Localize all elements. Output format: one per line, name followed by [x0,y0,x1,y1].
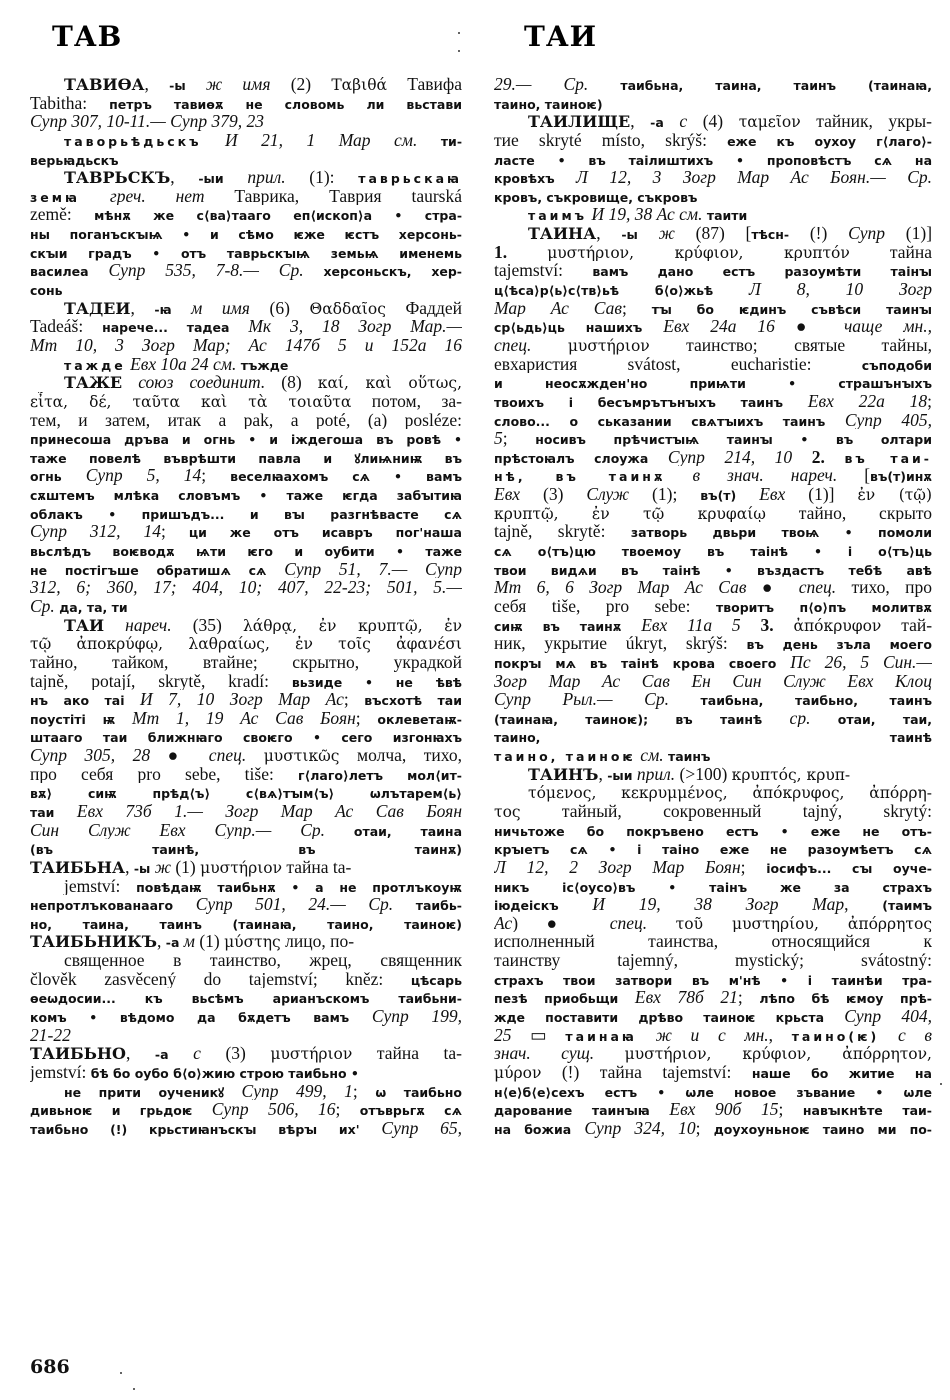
text-line: непротлъкованааго Супр 501, 24.— Ср. таи… [30,895,462,914]
text-line: знач. сущ. μυστήριον, κρύφιον, ἀπόρρητον… [494,1044,932,1063]
text-line: 1. μυστήριον, κρύφιον, κρυπτόν тайна [494,243,932,262]
text-line: таино, таинѣ [494,727,932,746]
text-line: кровѣхъ Л 12, 3 Зогр Мар Ас Боян.— Ср. [494,168,932,187]
text-line: принесоша дръва и огнь • и іждегоша въ р… [30,429,462,448]
text-line: нѣ, въ таинѫ в знач. нареч. [въ(т)инѫ [494,466,932,485]
text-line: тие skryté místo, skrýš: еже къ оухоу г⟨… [494,131,932,150]
text-line: не постігъше обратишѧ сѧ Супр 51, 7.— Су… [30,560,462,579]
text-line: ТАДЕИ, -ꙗ м имя (6) Θαδδαῖος Фаддей [30,299,462,318]
text-line: ТАВИѲА, -ы ж имя (2) Ταβιθά Тавифа [30,75,462,94]
scan-speck [120,1372,122,1374]
text-line: ц⟨ѣса⟩р⟨ь⟩с⟨тв⟩ьѣ б⟨о⟩жьѣ Л 8, 10 Зогр [494,280,932,299]
text-line: Супр Рыл.— Ср. таибьна, таибьно, таинъ [494,690,932,709]
text-line: ТАИНЪ, -ыи прил. (>100) κρυπτός, κρυπ- [494,765,932,784]
text-line: таже повелѣ въврѣшти павла и ꙋлиѩниѭ въ [30,448,462,467]
text-line: Л 12, 2 Зогр Мар Боян; іосифъ... сꙑ оуче… [494,858,932,877]
text-line: Мт 10, 3 Зогр Мар; Ас 147б 5 и 152а 16 [30,336,462,355]
text-line: таинству tajemný, mystický; svátostný: [494,951,932,970]
text-line: ласте • въ таілиштихъ • проповѣстъ сѧ на [494,150,932,169]
text-line: tajně, skrytě: затворь двьри твоѩ • помо… [494,522,932,541]
running-head-left: ТАВ [52,20,122,53]
text-line: никъ іс⟨оусо⟩въ • таінъ же за страхъ [494,877,932,896]
text-line: ТАИБЬНО, -а с (3) μυστήριον тайна ta- [30,1044,462,1063]
text-line: дивьноѥ и грьдоѥ Супр 506, 16; отъврьгѫ … [30,1100,462,1119]
text-line: огнь Супр 5, 14; веселꙗахомъ сѧ • вамъ [30,466,462,485]
text-line: не прити оученикꙋ Супр 499, 1; ѡ таибьно [30,1082,462,1101]
text-line: исполненный таинства, относящийся к [494,932,932,951]
text-line: jemství: повѣдаѭ таибьнѫ • а не протлъко… [30,877,462,896]
text-line: 25 ▭ таинаꙗ ж и с мн., таино(ѥ) с в [494,1026,932,1045]
text-line: τόμενος, κεκρυμμένος, ἀπόκρυφος, ἀπόρρη- [494,783,932,802]
text-line: ТАИБЬНИКЪ, -а м (1) μύστης лицо, по- [30,932,462,951]
text-line: нъ ако таі И 7, 10 Зогр Мар Ас; въсхотѣ … [30,690,462,709]
text-line: Tabitha: петръ тавиѳѫ не словомь ли вьст… [30,94,462,113]
page-number: 686 [30,1356,70,1378]
text-line: ТАИЛИЩЕ, -а с (4) ταμεῖον тайник, укры- [494,112,932,131]
text-line: спец. μυστήριον таинство; святые тайны, [494,336,932,355]
scan-speck [458,50,460,52]
text-line: сѫштемъ млѣка словъмъ • таже ѥгда забꙑти… [30,485,462,504]
text-line: ТАИБЬНА, -ы ж (1) μυστήριον тайна ta- [30,858,462,877]
scan-speck [458,32,460,34]
text-line: εἶτα, δέ, ταῦτα καὶ τὰ τοιαῦτα потом, за… [30,392,462,411]
text-line: ны поганъскꙑѩ • и сѣмо ѥже ѥстъ херсонь- [30,224,462,243]
right-column: 29.— Ср. таибьна, таина, таинъ (таинаꙗ,т… [494,75,932,1138]
text-line: Мар Ас Сав; тꙑ бо ѥдинъ съвѣси таинꙑ [494,299,932,318]
text-line: μύρον (!) тайна tajemství: наше бо житие… [494,1063,932,1082]
text-line: штааго таи ближнꙗго своѥго • сего изгонꙗ… [30,727,462,746]
text-line: člověk zasvěcený do tajemství; kněz: цѣс… [30,970,462,989]
text-line: поустіті ѭ Мт 1, 19 Ас Сав Боян; оклевет… [30,709,462,728]
text-line: Ас) ● спец. τοῦ μυστηρίου, ἀπόρρητος [494,914,932,933]
text-line: жде поставити дрѣво таиноѥ крьста Супр 4… [494,1007,932,1026]
text-line: н⟨е⟩б⟨е⟩сехъ естъ • ѡле новое зъвание • … [494,1082,932,1101]
text-line: Син Служ Евх Супр.— Ср. отаи, таина [30,821,462,840]
text-line: таино, таиноѥ) [494,94,932,113]
text-line: таимъ И 19, 38 Ас см. таити [494,205,932,224]
text-line: таи Евх 73б 1.— Зогр Мар Ас Сав Боян [30,802,462,821]
text-line: tajemství: вамъ дано естъ разоумѣти таін… [494,261,932,280]
text-line: τῷ ἀποκρύφῳ, λαθραίως, ἐν τοῖς ἀφανέσι [30,634,462,653]
text-line: 312, 6; 360, 17; 404, 10; 407, 22-23; 50… [30,578,462,597]
text-line: země: мѣнѫ же с⟨ва⟩тааго еп⟨ископ⟩а • ст… [30,205,462,224]
left-column: ТАВИѲА, -ы ж имя (2) Ταβιθά ТавифаTabith… [30,75,462,1138]
text-line: ТАИНА, -ы ж (87) [тѣсн- (!) Супр (1)] [494,224,932,243]
text-line: твои видѧи въ таінѣ • въздастъ тебѣ авѣ [494,560,932,579]
text-line: скꙑи градъ • отъ таврьскꙑѩ земьѩ именемь [30,243,462,262]
text-line: страхъ твои затвори въ м'нѣ • і таинѣи т… [494,970,932,989]
text-line: вѫ⟩ сиѭ прѣд⟨ъ⟩ с⟨вѧ⟩тꙑм⟨ъ⟩ ѡлътарем⟨ь⟩ [30,783,462,802]
text-line: облакъ • пришъдъ... и вꙑ разгнѣвасте сѧ [30,504,462,523]
text-line: тем, и затем, итак a pak, a poté, (a) po… [30,411,462,430]
text-line: верьꙗдьскъ [30,150,462,169]
text-line: покрꙑ мѧ въ таінѣ крова своего Пс 26, 5 … [494,653,932,672]
text-line: 21-22 [30,1026,462,1045]
text-line: тажде Евх 10а 24 см. тъжде [30,355,462,374]
text-line: слово... о ськазании свѧтꙑихъ таинъ Супр… [494,411,932,430]
text-line: и неосѫжден'но приѩти • страшънꙑхъ [494,373,932,392]
text-line: ѳеѡдосии... къ вьсѣмъ арианъскомъ таибьн… [30,988,462,1007]
text-line: земꙗ греч. нет Таврика, Таврия taurská [30,187,462,206]
text-line: Мт 6, 6 Зогр Мар Ас Сав ● спец. тихо, пр… [494,578,932,597]
text-line: прѣстоꙗлъ слоужа Супр 214, 10 2. въ таи- [494,448,932,467]
text-line: Супр 312, 14; ци же отъ исавръ пог'наша [30,522,462,541]
text-line: сонь [30,280,462,299]
text-line: (таинаꙗ, таиноѥ); въ таинѣ ср. отаи, таи… [494,709,932,728]
text-line: κρυπτῷ, ἐν τῷ κρυφαίῳ тайно, скрыто [494,504,932,523]
text-line: Евх (3) Служ (1); въ(т) Евх (1)] ἐν (τῷ) [494,485,932,504]
text-line: вьслѣдъ воѥводѫ ѩти ѥго и оубити • таже [30,541,462,560]
text-line: Супр 305, 28 ● спец. μυστικῶς молча, тих… [30,746,462,765]
text-line: tajně, potají, skrytě, kradí: вьзиде • н… [30,672,462,691]
text-line: пезѣ приобьщи Евх 78б 21; лѣпо бѣ ѥмоу п… [494,988,932,1007]
text-line: сѧ о⟨тъ⟩цю твоемоу въ таінѣ • і о⟨тъ⟩ць [494,541,932,560]
text-line: Tadeáš: нарече... тадеа Мк 3, 18 Зогр Ма… [30,317,462,336]
text-line: ник, укрытие úkryt, skrýš: въ день зъла … [494,634,932,653]
text-line: ничьтоже бо покръвено естъ • еже не отъ- [494,821,932,840]
text-line: комъ • вѣдомо да бѫдетъ вамъ Супр 199, [30,1007,462,1026]
text-line: таино, таиноѥ см. таинъ [494,746,932,765]
text-line: Зогр Мар Ас Сав Ен Син Служ Евх Клоц [494,672,932,691]
running-head-right: ТАИ [524,20,597,53]
text-line: василеа Супр 535, 7-8.— Ср. херсоньскъ, … [30,261,462,280]
text-line: (въ таинѣ, въ таинѫ) [30,839,462,858]
text-line: 5; носивъ прѣчистꙑѩ таинꙑ • въ олтари [494,429,932,448]
text-line: священное в таинство, жрец, священник [30,951,462,970]
text-line: про себя pro sebe, tiše: г⟨лаго⟩летъ мол… [30,765,462,784]
text-line: дарование таинꙑꙗ Евх 90б 15; навꙑкнѣте т… [494,1100,932,1119]
text-line: ср⟨ьдь⟩ць нашихъ Евх 24а 16 ● чаще мн., [494,317,932,336]
text-line: на божиа Супр 324, 10; доухоуньноѥ таино… [494,1119,932,1138]
text-line: но, таина, таинъ (таинаꙗ, таино, таиноѥ) [30,914,462,933]
scan-speck [133,1388,135,1390]
text-line: jemství: бѣ бо оубо б⟨о⟩жию строю таибьн… [30,1063,462,1082]
text-line: твоихъ і бесъмрътънꙑхъ таинъ Евх 22а 18; [494,392,932,411]
text-line: себя tiše, pro sebe: творитъ п⟨о⟩пъ моли… [494,597,932,616]
text-line: кровъ, съкровище, съкровъ [494,187,932,206]
text-line: ТАВРЬСКЪ, -ыи прил. (1): таврьскаꙗ [30,168,462,187]
text-line: сиѭ въ таинѫ Евх 11а 5 3. ἀπόκρυφον тай- [494,616,932,635]
text-line: евхаристия svátost, eucharistie: съподоб… [494,355,932,374]
scan-speck [940,1083,942,1085]
text-line: Супр 307, 10-11.— Супр 379, 23 [30,112,462,131]
text-line: ТАЖЕ союз соединит. (8) καί, καὶ οὕτως, [30,373,462,392]
text-line: тайно, тайком, втайне; скрытно, украдкой [30,653,462,672]
dictionary-page: ТАВ ТАИ ТАВИѲА, -ы ж имя (2) Ταβιθά Тави… [0,0,950,1400]
text-line: іюдеіскъ И 19, 38 Зогр Мар, (таимъ [494,895,932,914]
text-line: ТАИ нареч. (35) λάθρᾳ, ἐν κρυπτῷ, ἐν [30,616,462,635]
text-line: 29.— Ср. таибьна, таина, таинъ (таинаꙗ, [494,75,932,94]
text-line: крꙑетъ сѧ • і таіно еже не разоумѣетъ сѧ [494,839,932,858]
text-line: Ср. да, та, ти [30,597,462,616]
text-line: τος тайный, сокровенный tajný, skrytý: [494,802,932,821]
text-line: таибьно (!) крьстиꙗнъскꙑ вѣрꙑ их' Супр 6… [30,1119,462,1138]
text-line: таворьѣдьскъ И 21, 1 Мар см. ти- [30,131,462,150]
